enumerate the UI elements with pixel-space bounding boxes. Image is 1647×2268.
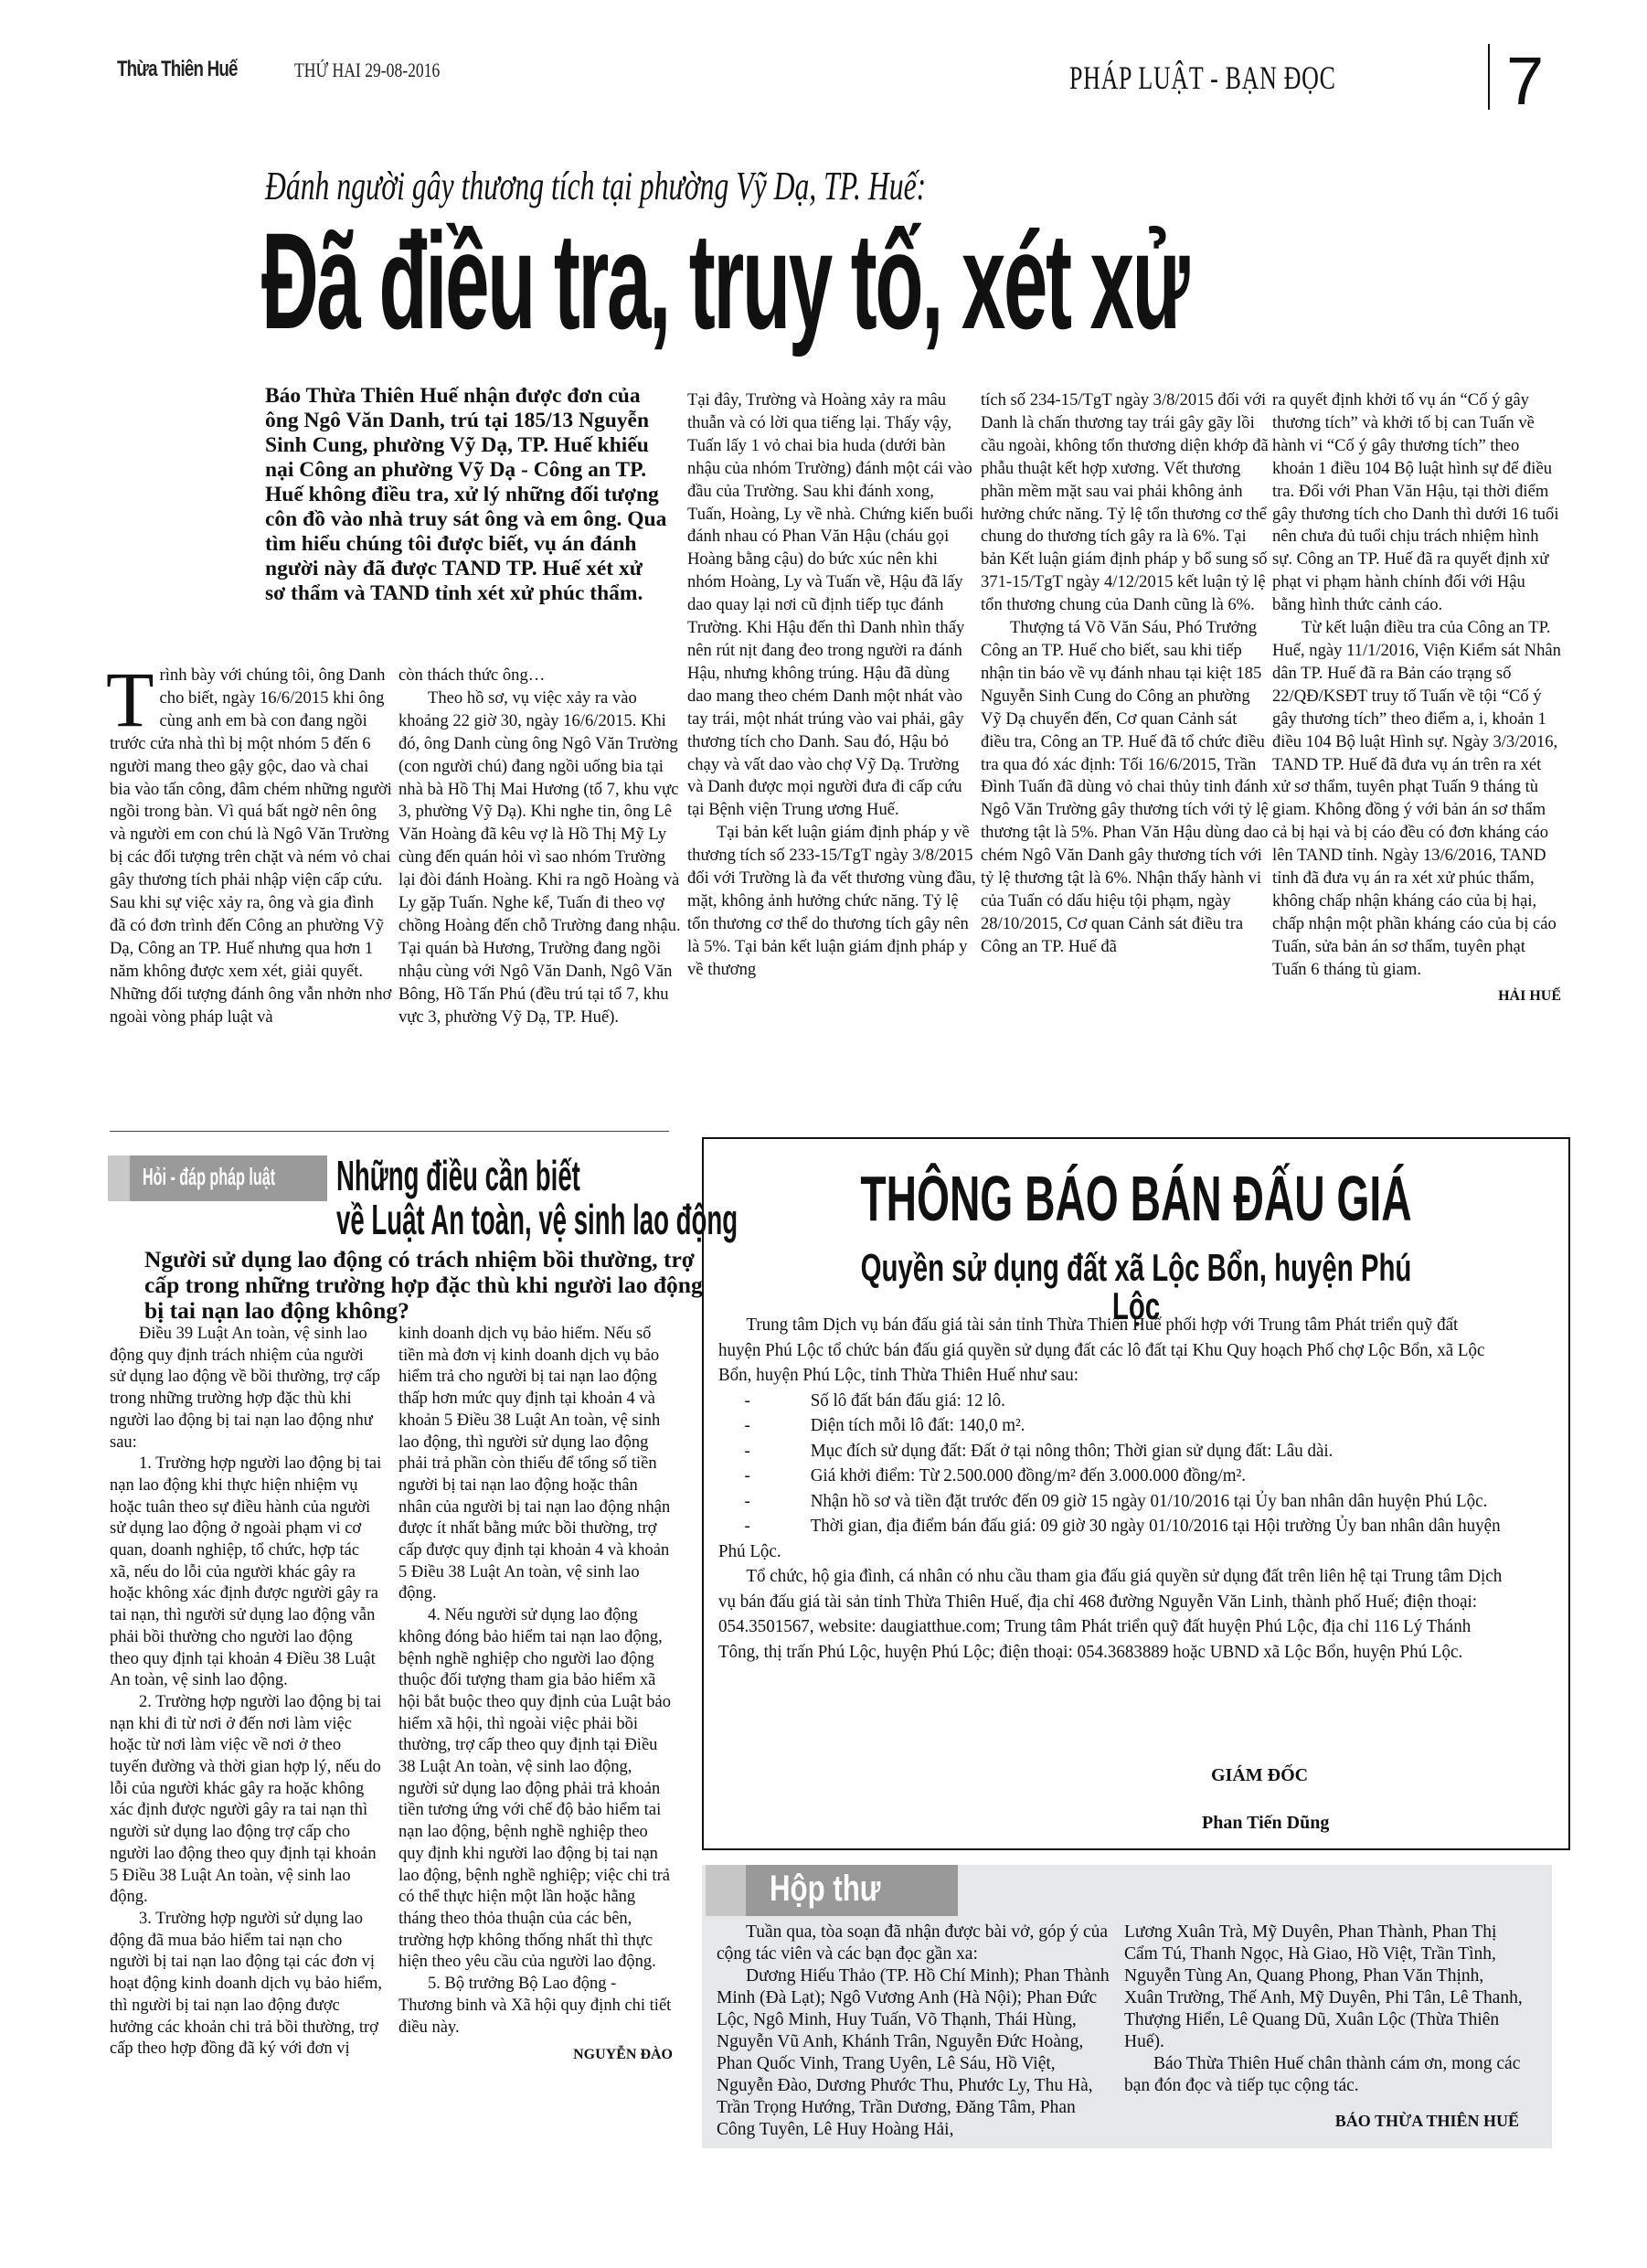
- qa-section-tag: Hỏi - đáp pháp luật: [108, 1155, 327, 1201]
- paragraph: 5. Bộ trưởng Bộ Lao động - Thương binh v…: [398, 1974, 673, 2039]
- signer-name: Phan Tiến Dũng: [1202, 1813, 1647, 1834]
- auction-item: -Diện tích mỗi lô đất: 140,0 m².: [718, 1413, 1504, 1439]
- page-number: 7: [1506, 48, 1544, 115]
- article-column-1: T rình bày với chúng tôi, ông Danh cho b…: [110, 665, 393, 1029]
- tag-edge: [108, 1155, 130, 1201]
- qa-question: Người sử dụng lao động có trách nhiệm bồ…: [144, 1247, 711, 1324]
- auction-body: Trung tâm Dịch vụ bán đấu giá tài sản tỉ…: [718, 1313, 1504, 1665]
- qa-tag-label: Hỏi - đáp pháp luật: [143, 1163, 275, 1191]
- article-column-2: còn thách thức ông… Theo hồ sơ, vụ việc …: [398, 665, 682, 1029]
- auction-item: -Số lô đất bán đấu giá: 12 lô.: [718, 1389, 1504, 1414]
- article-column-4: tích số 234-15/TgT ngày 3/8/2015 đối với…: [981, 389, 1270, 959]
- paragraph: Thượng tá Võ Văn Sáu, Phó Trưởng Công an…: [981, 617, 1270, 959]
- paragraph: tích số 234-15/TgT ngày 3/8/2015 đối với…: [981, 389, 1270, 617]
- paragraph: kinh doanh dịch vụ bảo hiểm. Nếu số tiền…: [398, 1324, 673, 1605]
- qa-byline: NGUYỄN ĐÀO: [398, 2044, 673, 2066]
- article-headline: Đã điều tra, truy tố, xét xử: [261, 212, 1187, 349]
- qa-column-2: kinh doanh dịch vụ bảo hiểm. Nếu số tiền…: [398, 1324, 673, 2066]
- paragraph: ra quyết định khởi tố vụ án “Cố ý gây th…: [1272, 389, 1561, 617]
- auction-contact: Tổ chức, hộ gia đình, cá nhân có nhu cầu…: [718, 1564, 1504, 1665]
- auction-item: -Nhận hồ sơ và tiền đặt trước đến 09 giờ…: [718, 1489, 1504, 1515]
- article-column-3: Tại đây, Trường và Hoàng xảy ra mâu thuẫ…: [687, 389, 976, 982]
- mailbox-tag: Hộp thư: [706, 1865, 958, 1916]
- article-kicker: Đánh người gây thương tích tại phường Vỹ…: [265, 163, 926, 209]
- issue-date: THỨ HAI 29-08-2016: [294, 59, 440, 82]
- paragraph: Dương Hiếu Thảo (TP. Hồ Chí Minh); Phan …: [717, 1965, 1110, 2141]
- paragraph: Lương Xuân Trà, Mỹ Duyên, Phan Thành, Ph…: [1124, 1922, 1526, 2053]
- auction-item: -Giá khởi điểm: Từ 2.500.000 đồng/m² đến…: [718, 1464, 1504, 1489]
- paragraph: Từ kết luận điều tra của Công an TP. Huế…: [1272, 617, 1561, 982]
- paragraph: Tuần qua, tòa soạn đã nhận được bài vở, …: [717, 1922, 1110, 1965]
- auction-item: -Thời gian, địa điểm bán đấu giá: 09 giờ…: [718, 1514, 1504, 1564]
- auction-notice-box: THÔNG BÁO BÁN ĐẤU GIÁ Quyền sử dụng đất …: [702, 1137, 1570, 1850]
- paragraph: Điều 39 Luật An toàn, vệ sinh lao động q…: [110, 1324, 382, 1453]
- mailbox-column-1: Tuần qua, tòa soạn đã nhận được bài vở, …: [717, 1922, 1110, 2141]
- qa-title-line-1: Những điều cần biết: [336, 1154, 738, 1198]
- article-byline: HẢI HUẾ: [1272, 985, 1561, 1008]
- paragraph: 2. Trường hợp người lao động bị tai nạn …: [110, 1692, 382, 1909]
- paragraph: Theo hồ sơ, vụ việc xảy ra vào khoảng 22…: [398, 687, 682, 1029]
- paragraph: 4. Nếu người sử dụng lao động không đóng…: [398, 1605, 673, 1974]
- paragraph: Tại bản kết luận giám định pháp y về thư…: [687, 822, 976, 981]
- auction-intro: Trung tâm Dịch vụ bán đấu giá tài sản tỉ…: [718, 1313, 1504, 1389]
- mailbox-signature: BÁO THỪA THIÊN HUẾ: [1124, 2110, 1526, 2132]
- qa-title-line-2: về Luật An toàn, vệ sinh lao động: [336, 1198, 738, 1241]
- auction-item: -Mục đích sử dụng đất: Đất ở tại nông th…: [718, 1439, 1504, 1464]
- dropcap: T: [106, 668, 154, 730]
- paragraph: 1. Trường hợp người lao động bị tai nạn …: [110, 1453, 382, 1692]
- mailbox-tag-label: Hộp thư: [770, 1869, 880, 1910]
- article-lead: Báo Thừa Thiên Huế nhận được đơn của ông…: [265, 384, 667, 606]
- section-divider: [110, 1131, 669, 1132]
- paragraph: 3. Trường hợp người sử dụng lao động đã …: [110, 1909, 382, 2060]
- paragraph: còn thách thức ông…: [398, 665, 682, 687]
- mailbox-section: Hộp thư Tuần qua, tòa soạn đã nhận được …: [702, 1865, 1552, 2148]
- article-column-5: ra quyết định khởi tố vụ án “Cố ý gây th…: [1272, 389, 1561, 1007]
- signer-title: GIÁM ĐỐC: [1211, 1765, 1647, 1786]
- paragraph: Báo Thừa Thiên Huế chân thành cám ơn, mo…: [1124, 2053, 1526, 2097]
- mailbox-column-2: Lương Xuân Trà, Mỹ Duyên, Phan Thành, Ph…: [1124, 1922, 1526, 2132]
- qa-column-1: Điều 39 Luật An toàn, vệ sinh lao động q…: [110, 1324, 382, 2060]
- publication-name: Thừa Thiên Huế: [117, 57, 238, 82]
- header-divider: [1488, 44, 1490, 110]
- section-title: PHÁP LUẬT - BẠN ĐỌC: [1069, 59, 1336, 97]
- qa-title: Những điều cần biết về Luật An toàn, vệ …: [336, 1154, 738, 1241]
- paragraph: Tại đây, Trường và Hoàng xảy ra mâu thuẫ…: [687, 389, 976, 822]
- auction-title: THÔNG BÁO BÁN ĐẤU GIÁ: [851, 1166, 1421, 1230]
- tag-edge: [706, 1865, 746, 1916]
